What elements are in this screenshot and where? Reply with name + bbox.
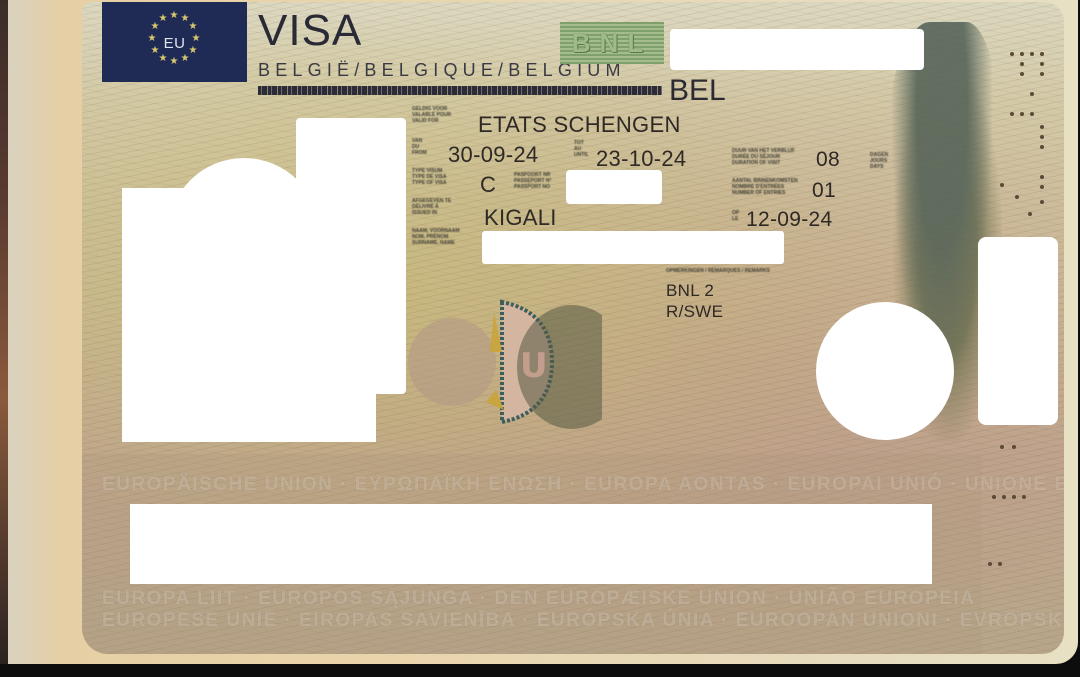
perforation-dot [1010,52,1014,56]
perforation-dot [998,562,1002,566]
perforation-dot [1020,72,1024,76]
perforation-dot [1022,495,1026,499]
redaction-machine-readable-zone [130,504,932,584]
valid-for-label: GELDIG VOOR VALABLE POUR VALID FOR [412,106,451,124]
watermark-line-1: EUROPÄISCHE UNION · ΕΥΡΩΠΑΪΚΗ ΕΝΩΣΗ · EU… [102,474,1064,496]
issue-date-label: OP LE [732,210,739,222]
perforation-dot [1012,445,1016,449]
perforation-dot [992,495,996,499]
perforation-dot [1002,495,1006,499]
perforation-dot [1040,135,1044,139]
perforation-dot [1000,445,1004,449]
perforation-dot [1012,495,1016,499]
perforation-dot [1000,183,1004,187]
from-date-value: 30-09-24 [448,142,538,168]
passport-label: PASPOORT Nr PASSEPORT N° PASSPORT No [514,172,551,190]
watermark-line-2: EUROPA LIIT · EUROPOS SĄJUNGA · DEN EURO… [102,588,975,610]
perforation-dot [1030,52,1034,56]
perforation-dot [1010,112,1014,116]
perforation-dot [1015,195,1019,199]
redaction-issuer-reference [670,29,924,70]
remarks-line-2: R/SWE [666,302,723,322]
until-label: TOT AU UNTIL [574,140,589,158]
perforation-dot [1030,92,1034,96]
remarks-line-1: BNL 2 [666,281,714,301]
svg-text:★: ★ [189,21,198,32]
perforation-dot [1040,185,1044,189]
redaction-passport-number [566,170,662,204]
entries-label: AANTAL BINNENKOMSTEN NOMBRE D'ENTRÉES NU… [732,178,798,196]
valid-for-value: ETATS SCHENGEN [478,112,681,138]
perforation-dot [1040,62,1044,66]
redaction-holder-name [482,231,784,264]
visa-type-label: TYPE VISUM TYPE DE VISA TYPE OF VISA [412,168,446,186]
svg-text:★: ★ [170,56,179,67]
entries-value: 01 [812,179,836,203]
redaction-photo-side [296,118,406,394]
perforation-dot [1040,125,1044,129]
page-edge [0,0,8,664]
svg-text:★: ★ [159,13,168,24]
perforation-dot [988,562,992,566]
from-label: VAN DU FROM [412,138,427,156]
document-title: VISA [258,6,362,56]
eu-hologram-icon: U [402,292,602,432]
issued-in-value: KIGALI [484,205,557,231]
perforation-dot [1020,62,1024,66]
visa-type-value: C [480,172,496,198]
bnl-security-badge: BNL [560,22,664,64]
perforation-dot [1020,112,1024,116]
duration-value: 08 [816,148,840,172]
flag-label: EU [102,35,247,52]
perforation-dot [1040,52,1044,56]
eu-flag-icon: ★★★ ★★★ ★★★ ★★★ EU [102,2,247,82]
perforation-dot [1030,112,1034,116]
remarks-label: OPMERKINGEN / REMARQUES / REMARKS [666,268,770,274]
svg-text:★: ★ [159,53,168,64]
svg-text:★: ★ [170,10,179,21]
visa-sticker: ★★★ ★★★ ★★★ ★★★ EU VISA BELGIË/BELGIQUE/… [82,2,1064,654]
perforation-dot [1040,175,1044,179]
watermark-line-3: EUROPESE UNIE · EIROPAS SAVIENĪBA · EURÓ… [102,610,1064,632]
redaction-secondary-photo [816,302,954,440]
issuer-code: BEL [669,74,726,108]
perforation-dot [1020,52,1024,56]
passport-page: ★★★ ★★★ ★★★ ★★★ EU VISA BELGIË/BELGIQUE/… [0,0,1078,664]
perforation-dot [1028,212,1032,216]
issued-in-label: AFGEGEVEN TE DÉLIVRÉ À ISSUED IN [412,198,451,216]
perforation-dot [1040,200,1044,204]
svg-text:★: ★ [181,53,190,64]
perforation-dot [1040,72,1044,76]
microprint-line [258,86,662,95]
days-unit-label: DAGEN JOURS DAYS [870,152,888,170]
duration-label: DUUR VAN HET VERBLIJF DURÉE DU SÉJOUR DU… [732,148,795,166]
svg-text:U: U [520,346,548,386]
until-date-value: 23-10-24 [596,146,686,172]
perforation-dot [1040,145,1044,149]
name-label: NAAM, VOORNAAM NOM, PRÉNOM SURNAME, NAME [412,228,460,246]
issue-date-value: 12-09-24 [746,208,832,232]
redaction-side-panel [978,237,1058,425]
background-bar [0,664,1080,677]
